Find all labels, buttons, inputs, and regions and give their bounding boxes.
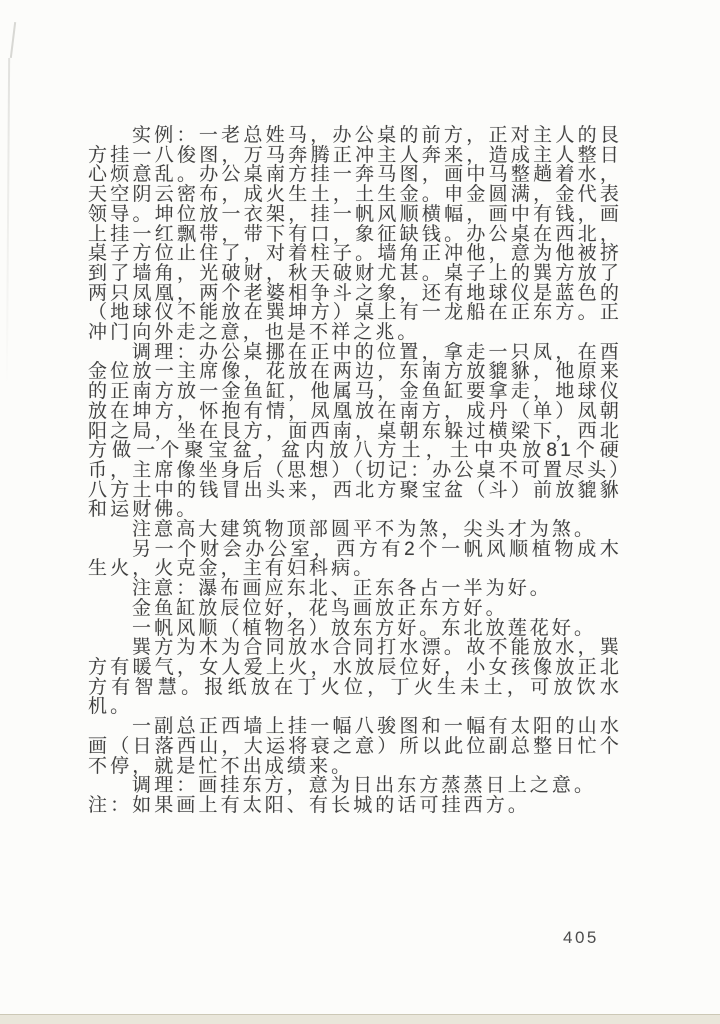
scanned-page: 实例：一老总姓马，办公桌的前方，正对主人的艮方挂一八俊图，万马奔腾正冲主人奔来，… xyxy=(0,0,720,1024)
body-text: 实例：一老总姓马，办公桌的前方，正对主人的艮方挂一八俊图，万马奔腾正冲主人奔来，… xyxy=(88,126,622,816)
paragraph-4: 另一个财会办公室，西方有2个一帆风顺植物成木生火，火克金，主有妇科病。 xyxy=(88,540,622,579)
paragraph-10: 调理：画挂东方，意为日出东方蒸蒸日上之意。 xyxy=(88,776,622,796)
scan-artifact-corner-mark xyxy=(10,22,16,58)
paragraph-2: 调理：办公桌挪在正中的位置，拿走一只凤，在酉金位放一主席像，花放在两边，东南方放… xyxy=(88,343,622,520)
paragraph-5: 注意：瀑布画应东北、正东各占一半为好。 xyxy=(88,579,622,599)
paragraph-11: 注：如果画上有太阳、有长城的话可挂西方。 xyxy=(88,796,622,816)
page-bottom-edge xyxy=(0,1014,720,1024)
paragraph-1: 实例：一老总姓马，办公桌的前方，正对主人的艮方挂一八俊图，万马奔腾正冲主人奔来，… xyxy=(88,126,622,343)
scan-artifact-left-edge xyxy=(6,58,10,388)
paragraph-7: 一帆风顺（植物名）放东方好。东北放莲花好。 xyxy=(88,619,622,639)
paragraph-3: 注意高大建筑物顶部圆平不为煞，尖头才为煞。 xyxy=(88,520,622,540)
page-number: 405 xyxy=(563,928,599,948)
paragraph-8: 巽方为木为合同放水合同打水漂。故不能放水，巽方有暖气，女人爱上火，水放辰位好，小… xyxy=(88,638,622,717)
paragraph-6: 金鱼缸放辰位好，花鸟画放正东方好。 xyxy=(88,599,622,619)
paragraph-9: 一副总正西墙上挂一幅八骏图和一幅有太阳的山水画（日落西山，大运将衰之意）所以此位… xyxy=(88,717,622,776)
